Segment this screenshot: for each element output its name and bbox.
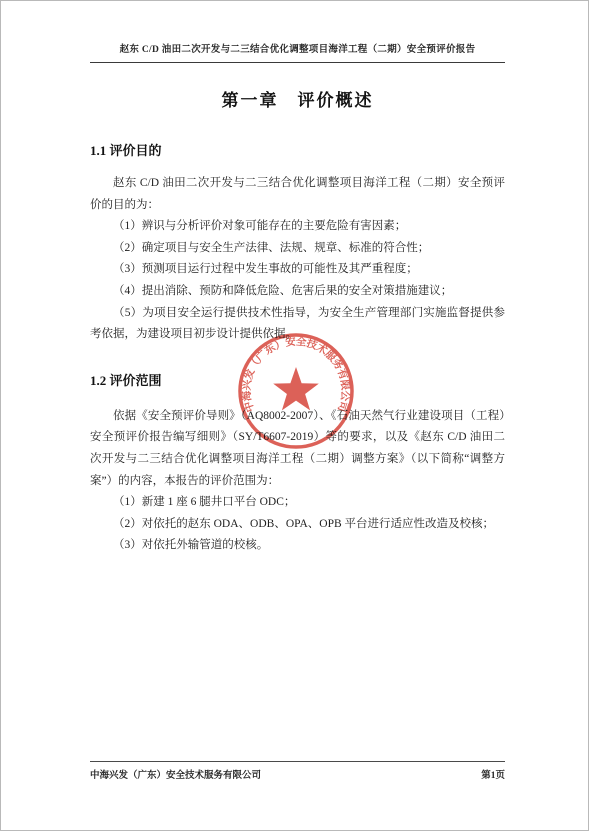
page-footer: 中海兴发（广东）安全技术服务有限公司 第1页 — [90, 761, 505, 781]
section-1-1-item-3: （3）预测项目运行过程中发生事故的可能性及其严重程度； — [90, 259, 505, 281]
section-1-1-item-2: （2）确定项目与安全生产法律、法规、规章、标准的符合性； — [90, 238, 505, 260]
section-1-2-item-1: （1）新建 1 座 6 腿井口平台 ODC； — [90, 492, 505, 514]
header-title: 赵东 C/D 油田二次开发与二三结合优化调整项目海洋工程（二期）安全预评价报告 — [120, 45, 476, 55]
section-heading-1-1: 1.1 评价目的 — [90, 142, 505, 160]
chapter-title: 第一章 评价概述 — [90, 89, 505, 113]
section-1-2-item-3: （3）对依托外输管道的校核。 — [90, 535, 505, 557]
section-1-1-item-5: （5）为项目安全运行提供技术性指导，为安全生产管理部门实施监督提供参考依据，为建… — [90, 303, 505, 346]
page-content: 赵东 C/D 油田二次开发与二三结合优化调整项目海洋工程（二期）安全预评价报告 … — [90, 1, 505, 557]
section-1-2-item-2: （2）对依托的赵东 ODA、ODB、OPA、OPB 平台进行适应性改造及校核； — [90, 514, 505, 536]
section-1-1-intro: 赵东 C/D 油田二次开发与二三结合优化调整项目海洋工程（二期）安全预评价的目的… — [90, 173, 505, 216]
document-page: 赵东 C/D 油田二次开发与二三结合优化调整项目海洋工程（二期）安全预评价报告 … — [0, 0, 589, 831]
section-1-1-item-4: （4）提出消除、预防和降低危险、危害后果的安全对策措施建议； — [90, 281, 505, 303]
section-heading-1-2: 1.2 评价范围 — [90, 372, 505, 390]
section-1-2-intro: 依据《安全预评价导则》（AQ8002-2007）、《石油天然气行业建设项目（工程… — [90, 406, 505, 492]
footer-company-name: 中海兴发（广东）安全技术服务有限公司 — [90, 767, 261, 781]
page-header: 赵东 C/D 油田二次开发与二三结合优化调整项目海洋工程（二期）安全预评价报告 — [90, 41, 505, 63]
section-1-1-item-1: （1）辨识与分析评价对象可能存在的主要危险有害因素； — [90, 216, 505, 238]
footer-page-number: 第1页 — [481, 767, 505, 781]
